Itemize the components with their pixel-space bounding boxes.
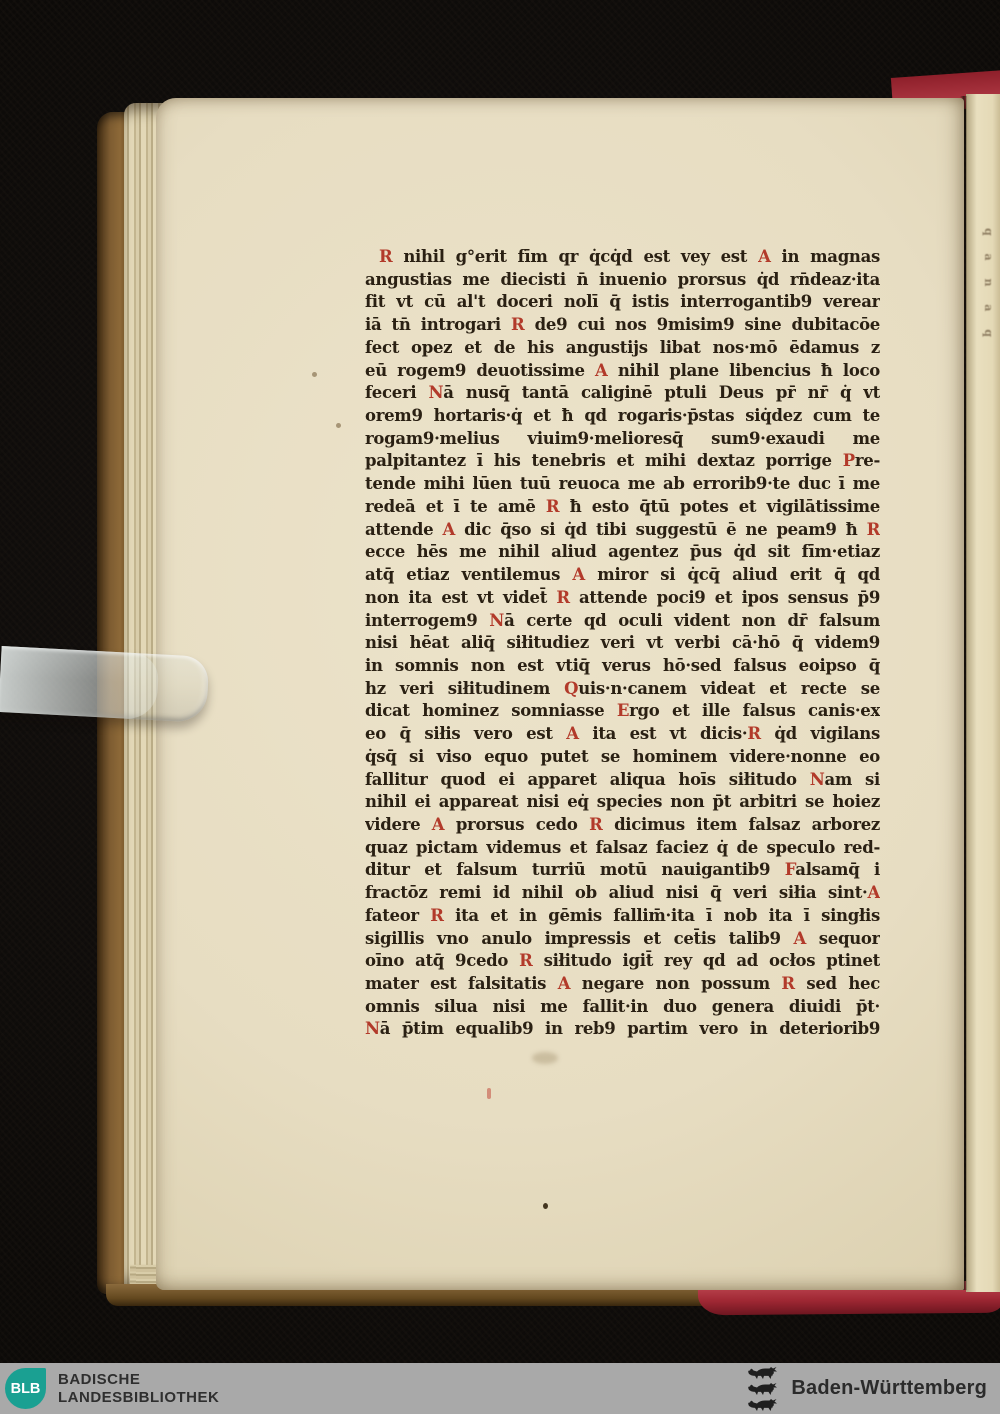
text-run: siłitudo igit̄ rey qd ad ocłos ptinet	[533, 951, 880, 970]
text-run: redeā et ī te amē	[365, 497, 546, 516]
manuscript-line: eū rogem9 deuotissime A nihil plane libe…	[365, 360, 880, 383]
rubric-initial: A	[758, 247, 771, 266]
manuscript-line: quaz pictam videmus et falsaz faciez q̇ …	[365, 837, 880, 860]
manuscript-line: non ita est vt videt̄ R attende poci9 et…	[365, 587, 880, 610]
library-name: BADISCHE LANDESBIBLIOTHEK	[58, 1371, 219, 1407]
rubric-initial: A	[566, 724, 579, 743]
manuscript-line: angustias me diecisti n̄ inuenio prorsus…	[365, 269, 880, 292]
text-run: videre	[365, 815, 432, 834]
rubric-initial: R	[379, 247, 392, 266]
manuscript-line: attende A dic q̄so si q̇d tibi suggestū …	[365, 519, 880, 542]
rubric-initial: R	[589, 815, 602, 834]
text-run: angustias me diecisti n̄ inuenio prorsus…	[365, 270, 880, 289]
text-run: re-	[855, 451, 880, 470]
text-run: fractōz remi id nihil ob aliud nisi q̄ v…	[365, 883, 867, 902]
rubric-initial: E	[617, 701, 629, 720]
manuscript-line: mater est falsitatis A negare non possum…	[365, 973, 880, 996]
text-run: interrogem9	[365, 611, 489, 630]
manuscript-line: feceri Nā nusq̄ tantā caliginē ptuli Deu…	[365, 382, 880, 405]
manuscript-line: atq̄ etiaz ventilemus A miror si q̇cq̄ a…	[365, 564, 880, 587]
wormhole-speck	[312, 372, 317, 377]
text-run: eo q̄ siłis vero est	[365, 724, 566, 743]
text-run: fect opez et de his angustijs libat nos·…	[365, 338, 880, 357]
blb-logo-icon: BLB	[5, 1368, 46, 1409]
rubric-initial: R	[867, 520, 880, 539]
text-run: ā p̄tim equalib9 in reb9 partim vero in …	[380, 1019, 880, 1038]
three-lions-coat-of-arms-icon	[747, 1366, 778, 1412]
text-run: nihil plane libencius ħ loco	[608, 361, 880, 380]
library-brand: BLB BADISCHE LANDESBIBLIOTHEK	[5, 1368, 219, 1409]
manuscript-line: omnis silua nisi me fallit·in duo genera…	[365, 996, 880, 1019]
manuscript-line: dicat hominez somniasse Ergo et ille fal…	[365, 700, 880, 723]
text-run: eū rogem9 deuotissime	[365, 361, 595, 380]
text-run: ā certe qd oculi vident non dr̄ falsum	[504, 611, 880, 630]
rubric-initial: A	[793, 929, 806, 948]
text-run: fateor	[365, 906, 430, 925]
manuscript-line: Nā p̄tim equalib9 in reb9 partim vero in…	[365, 1018, 880, 1041]
rubric-initial: A	[595, 361, 608, 380]
rubric-initial: R	[519, 951, 532, 970]
manuscript-line: interrogem9 Nā certe qd oculi vident non…	[365, 610, 880, 633]
text-run: attende	[365, 520, 443, 539]
manuscript-line: tende mihi lūen tuū reuoca me ab errorib…	[365, 473, 880, 496]
text-run: feceri	[365, 383, 429, 402]
text-run: nihil g°erit fīm qr q̇cq̇d est vey est	[392, 247, 758, 266]
text-run: omnis silua nisi me fallit·in duo genera…	[365, 997, 880, 1016]
rubric-initial: F	[785, 860, 796, 879]
library-name-line1: BADISCHE	[58, 1371, 219, 1389]
rubric-initial: A	[867, 883, 880, 902]
manuscript-line: rogam9·melius viuim9·melioresq̄ sum9·exa…	[365, 428, 880, 451]
text-run: oīno atq̄ 9cedo	[365, 951, 519, 970]
text-run: in magnas	[771, 247, 880, 266]
manuscript-line: videre A prorsus cedo R dicimus item fal…	[365, 814, 880, 837]
text-run: tende mihi lūen tuū reuoca me ab errorib…	[365, 474, 880, 493]
manuscript-line: oīno atq̄ 9cedo R siłitudo igit̄ rey qd …	[365, 950, 880, 973]
text-run: orem9 hortaris·q̇ et ħ qd rogaris·p̄stas…	[365, 406, 880, 425]
rubric-initial: N	[429, 383, 444, 402]
text-run: de9 cui nos 9misim9 sine dubitacōe	[524, 315, 880, 334]
text-run: attende poci9 et ipos sensus p̄9	[570, 588, 880, 607]
text-run: palpitantez ī his tenebris et mihi dexta…	[365, 451, 843, 470]
library-name-line2: LANDESBIBLIOTHEK	[58, 1389, 219, 1407]
text-run: miror si q̇cq̄ aliud erit q̄ qd	[585, 565, 880, 584]
text-run: non ita est vt videt̄	[365, 588, 556, 607]
text-block: R nihil g°erit fīm qr q̇cq̇d est vey est…	[365, 246, 880, 1041]
manuscript-line: fractōz remi id nihil ob aliud nisi q̄ v…	[365, 882, 880, 905]
rubric-initial: A	[432, 815, 445, 834]
manuscript-line: palpitantez ī his tenebris et mihi dexta…	[365, 450, 880, 473]
manuscript-line: ecce hēs me nihil aliud agentez p̄us q̇d…	[365, 541, 880, 564]
rubric-initial: R	[556, 588, 569, 607]
text-run: ā nusq̄ tantā caliginē ptuli Deus pr̄ nr…	[443, 383, 880, 402]
text-run: rgo et ille falsus canis·ex	[629, 701, 880, 720]
manuscript-line: fallitur quod ei apparet aliqua hoīs sił…	[365, 769, 880, 792]
text-run: ita est vt dicis·	[579, 724, 748, 743]
rubric-initial: N	[365, 1019, 380, 1038]
dark-speck	[543, 1203, 548, 1209]
rubric-initial: A	[558, 974, 571, 993]
rubric-initial: Q	[564, 679, 578, 698]
text-run: fit vt cū al't doceri nolī q̄ istis inte…	[365, 292, 880, 311]
text-run: quaz pictam videmus et falsaz faciez q̇ …	[365, 838, 880, 857]
rubric-initial: A	[443, 520, 456, 539]
text-run: iā tn̄ introgari	[365, 315, 511, 334]
facing-page-glyph-traces: q a n a q	[982, 228, 995, 458]
text-run: dicimus item falsaz arborez	[603, 815, 880, 834]
acrylic-page-holder	[0, 646, 209, 723]
rubric-initial: R	[430, 906, 443, 925]
text-run: am si	[824, 770, 880, 789]
manuscript-line: nihil ei appareat nisi eq̇ species non p…	[365, 791, 880, 814]
text-run: dicat hominez somniasse	[365, 701, 617, 720]
rubric-initial: A	[572, 565, 585, 584]
manuscript-line: eo q̄ siłis vero est A ita est vt dicis·…	[365, 723, 880, 746]
text-run: negare non possum	[570, 974, 781, 993]
text-run: ħ esto q̄tū potes et vigilātissime	[559, 497, 880, 516]
manuscript-line: ditur et falsum turriū motū nauigantib9 …	[365, 859, 880, 882]
text-run: prorsus cedo	[444, 815, 589, 834]
footer-bar: BLB BADISCHE LANDESBIBLIOTHEK Baden-Würt…	[0, 1363, 1000, 1414]
text-run: fallitur quod ei apparet aliqua hoīs sił…	[365, 770, 810, 789]
rubric-initial: N	[489, 611, 504, 630]
text-run: mater est falsitatis	[365, 974, 558, 993]
text-run: atq̄ etiaz ventilemus	[365, 565, 572, 584]
manuscript-line: hz veri siłitudinem Quis·n·canem videat …	[365, 678, 880, 701]
rubric-initial: R	[747, 724, 760, 743]
rubric-initial: P	[843, 451, 855, 470]
text-run: sequor	[806, 929, 880, 948]
text-run: in somnis non est vtiq̄ verus hō·sed fal…	[365, 656, 880, 675]
text-run: ita et in gēmis fallim̄·ita ī nob ita ī …	[444, 906, 880, 925]
text-run: q̇sq̄ si viso equo putet se hominem vide…	[365, 747, 880, 766]
text-run: dic q̄so si q̇d tibi suggestū ē ne peam9…	[455, 520, 867, 539]
manuscript-line: iā tn̄ introgari R de9 cui nos 9misim9 s…	[365, 314, 880, 337]
rubric-initial: R	[546, 497, 559, 516]
text-run: q̇d vigilans	[761, 724, 880, 743]
rubric-initial: R	[781, 974, 794, 993]
state-name: Baden-Württemberg	[791, 1377, 987, 1400]
manuscript-line: fateor R ita et in gēmis fallim̄·ita ī n…	[365, 905, 880, 928]
text-run: sed hec	[795, 974, 880, 993]
text-run: nisi hēat aliq̄ siłitudiez veri vt verbi…	[365, 633, 880, 652]
manuscript-line: q̇sq̄ si viso equo putet se hominem vide…	[365, 746, 880, 769]
parchment-smudge	[532, 1052, 558, 1064]
state-brand: Baden-Württemberg	[747, 1366, 987, 1412]
wormhole-speck	[336, 423, 341, 428]
text-run: alsamq̄ i	[795, 860, 880, 879]
manuscript-line: nisi hēat aliq̄ siłitudiez veri vt verbi…	[365, 632, 880, 655]
text-run: hz veri siłitudinem	[365, 679, 564, 698]
manuscript-line: sigillis vno anulo impressis et cet̄is t…	[365, 928, 880, 951]
text-run: uis·n·canem videat et recte se	[578, 679, 880, 698]
rubric-initial: R	[511, 315, 524, 334]
text-run: ditur et falsum turriū motū nauigantib9	[365, 860, 785, 879]
text-run: sigillis vno anulo impressis et cet̄is t…	[365, 929, 793, 948]
red-speck	[487, 1088, 491, 1099]
text-run: nihil ei appareat nisi eq̇ species non p…	[365, 792, 880, 811]
rubric-initial: N	[810, 770, 825, 789]
text-run: ecce hēs me nihil aliud agentez p̄us q̇d…	[365, 542, 880, 561]
manuscript-line: redeā et ī te amē R ħ esto q̄tū potes et…	[365, 496, 880, 519]
manuscript-line: fect opez et de his angustijs libat nos·…	[365, 337, 880, 360]
manuscript-line: R nihil g°erit fīm qr q̇cq̇d est vey est…	[365, 246, 880, 269]
photo-backdrop: q a n a q R nihil g°erit fīm qr q̇cq̇d e…	[0, 0, 1000, 1414]
manuscript-line: fit vt cū al't doceri nolī q̄ istis inte…	[365, 291, 880, 314]
manuscript-line: orem9 hortaris·q̇ et ħ qd rogaris·p̄stas…	[365, 405, 880, 428]
text-run: rogam9·melius viuim9·melioresq̄ sum9·exa…	[365, 429, 880, 448]
manuscript-line: in somnis non est vtiq̄ verus hō·sed fal…	[365, 655, 880, 678]
